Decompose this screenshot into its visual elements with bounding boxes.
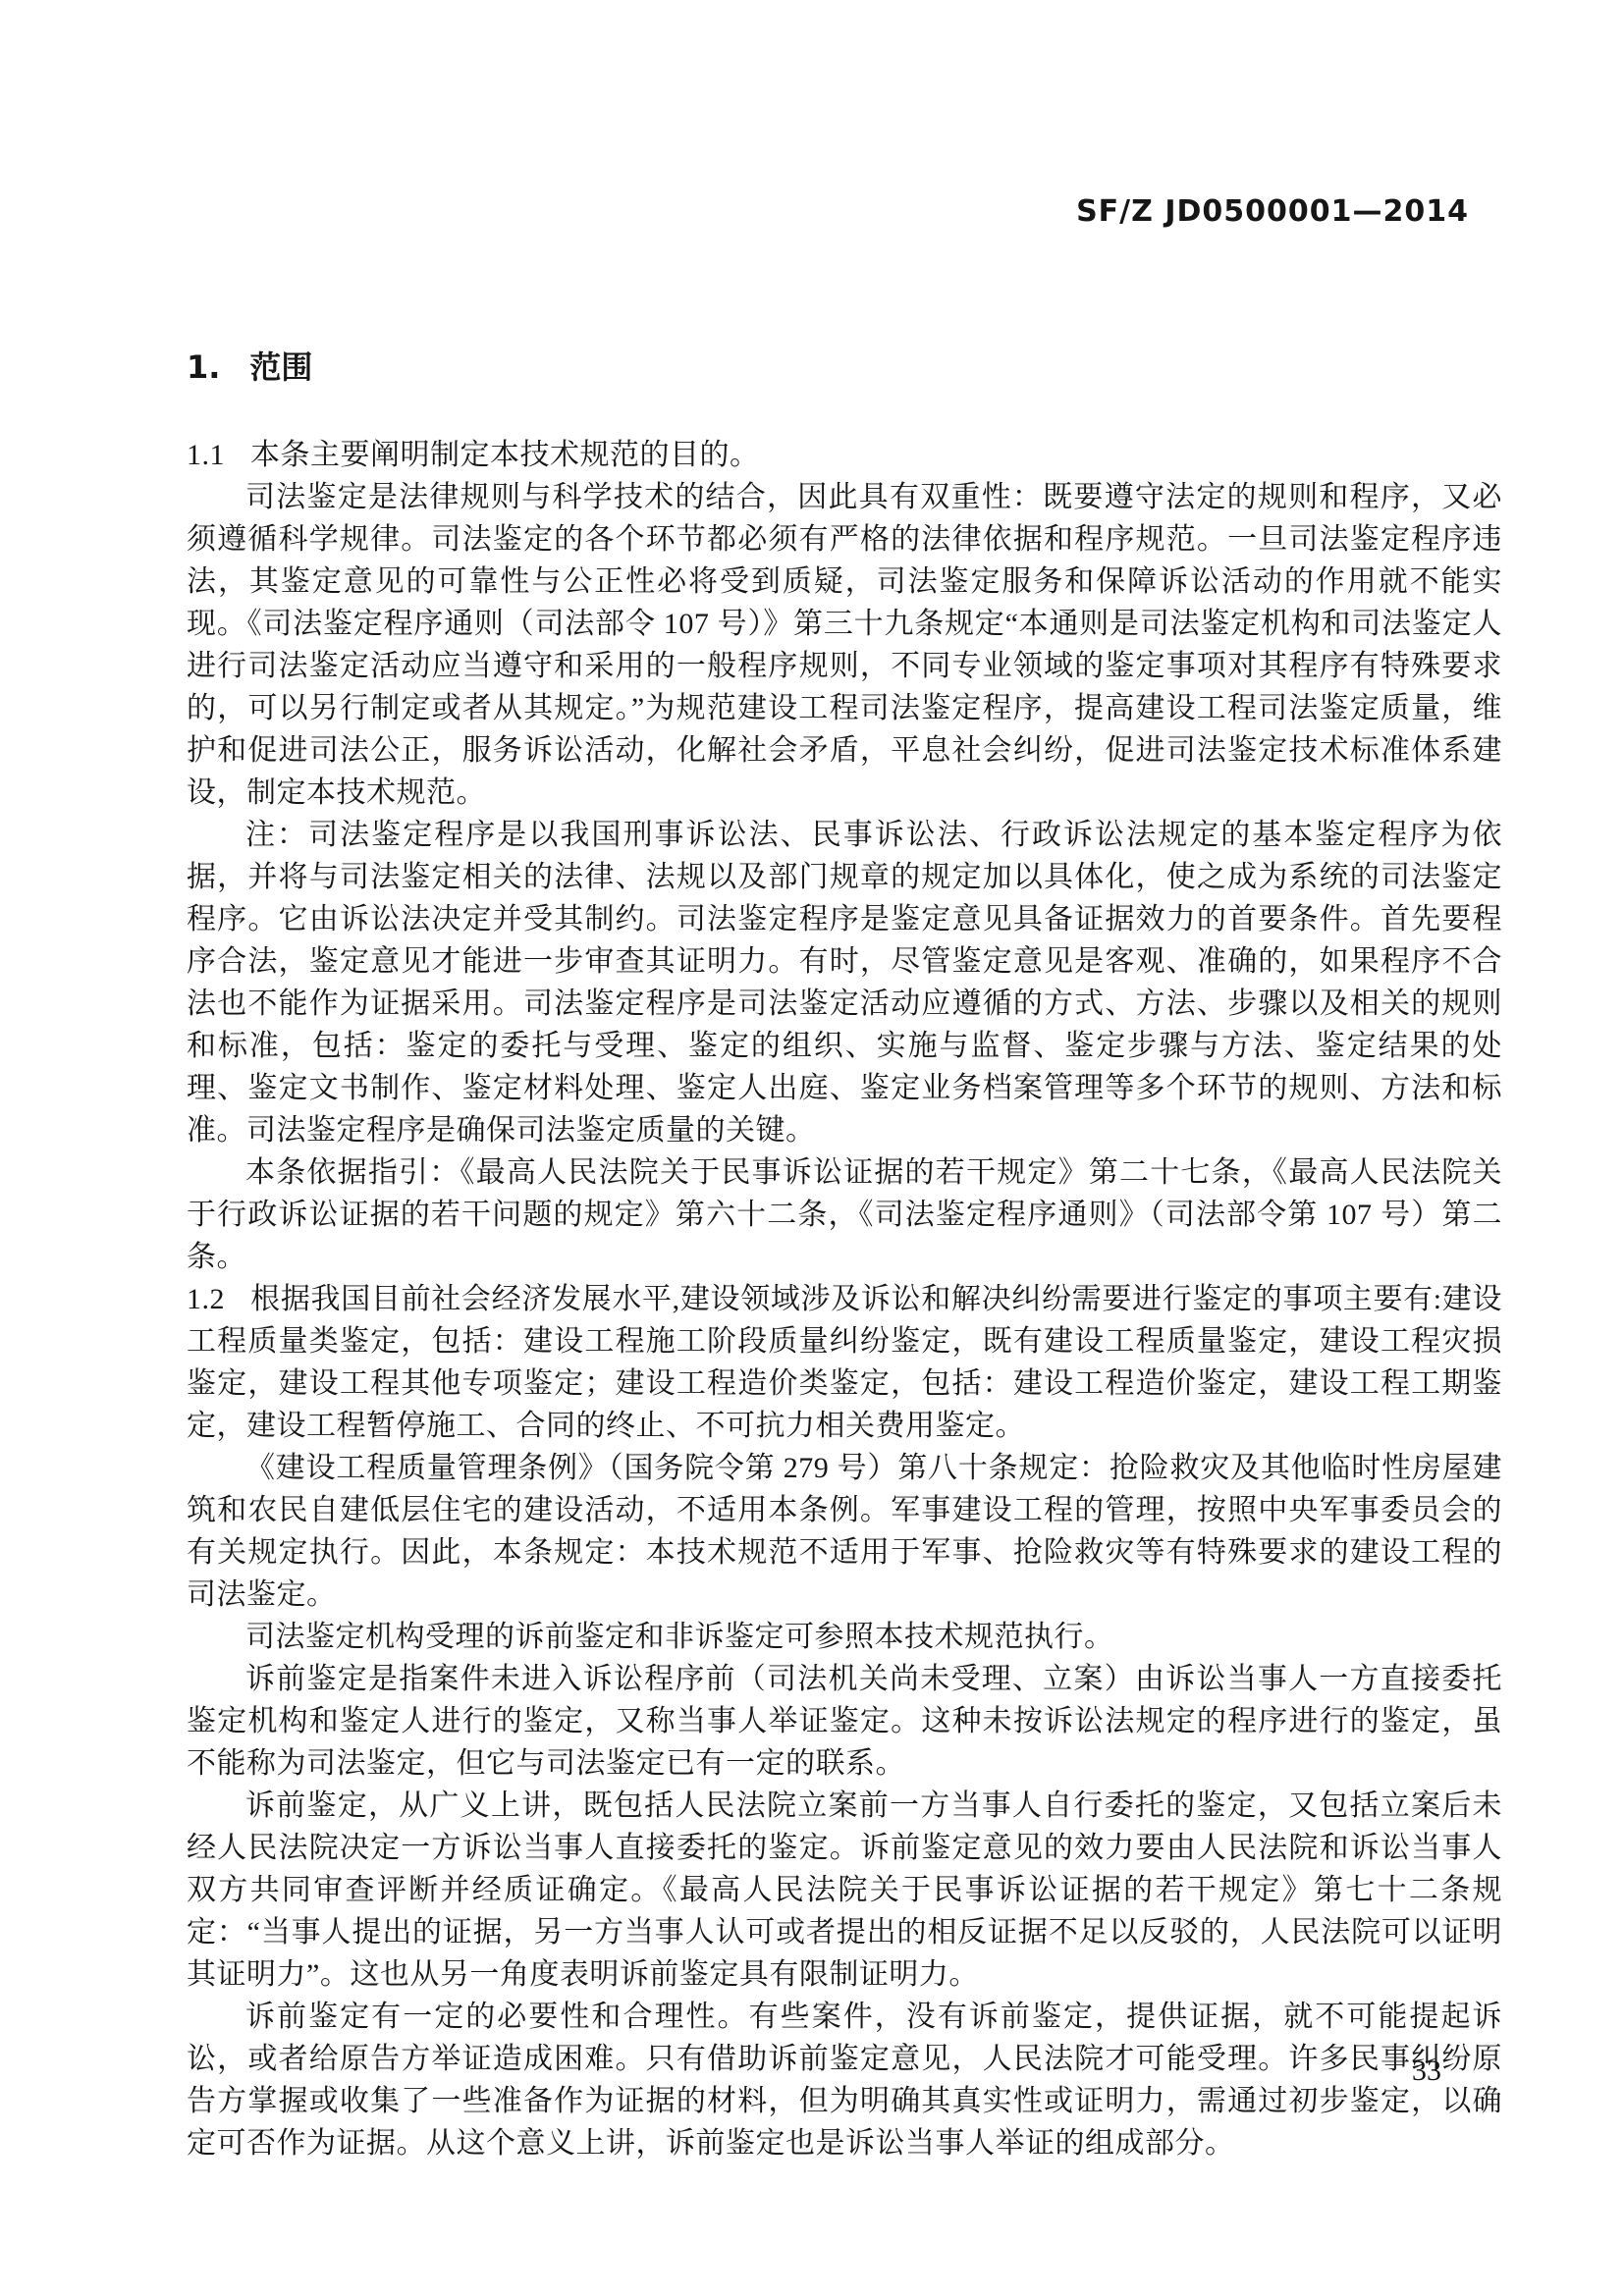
body-paragraph-pre-litigation-broad-sense: 诉前鉴定，从广义上讲，既包括人民法院立案前一方当事人自行委托的鉴定，又包括立案后… (187, 1785, 1502, 1996)
clause-1-1-text: 本条主要阐明制定本技术规范的目的。 (250, 439, 760, 471)
document-page: SF/Z JD0500001—2014 1.范围 1.1本条主要阐明制定本技术规… (0, 0, 1624, 2296)
clause-1-1: 1.1本条主要阐明制定本技术规范的目的。 (187, 434, 1502, 476)
section-title: 范围 (249, 348, 312, 386)
clause-1-2-number: 1.2 (187, 1283, 225, 1315)
body-paragraph-basis-reference: 本条依据指引：《最高人民法院关于民事诉讼证据的若干规定》第二十七条，《最高人民法… (187, 1151, 1502, 1278)
body-paragraph-note: 注：司法鉴定程序是以我国刑事诉讼法、民事诉讼法、行政诉讼法规定的基本鉴定程序为依… (187, 814, 1502, 1151)
body-paragraph-purpose: 司法鉴定是法律规则与科学技术的结合，因此具有双重性：既要遵守法定的规则和程序，又… (187, 476, 1502, 814)
clause-1-2: 1.2根据我国目前社会经济发展水平,建设领域涉及诉讼和解决纠纷需要进行鉴定的事项… (187, 1278, 1502, 1447)
standard-code-header: SF/Z JD0500001—2014 (1076, 194, 1469, 229)
body-paragraph-pre-litigation-definition: 诉前鉴定是指案件未进入诉讼程序前（司法机关尚未受理、立案）由诉讼当事人一方直接委… (187, 1658, 1502, 1785)
body-paragraph-regulation-279: 《建设工程质量管理条例》（国务院令第 279 号）第八十条规定：抢险救灾及其他临… (187, 1447, 1502, 1616)
section-number: 1. (187, 348, 220, 386)
document-body: 1.范围 1.1本条主要阐明制定本技术规范的目的。 司法鉴定是法律规则与科学技术… (187, 346, 1502, 2164)
page-number: 33 (1412, 2055, 1441, 2088)
clause-1-1-number: 1.1 (187, 439, 225, 471)
clause-1-2-text: 根据我国目前社会经济发展水平,建设领域涉及诉讼和解决纠纷需要进行鉴定的事项主要有… (187, 1283, 1502, 1442)
body-paragraph-pre-litigation-necessity: 诉前鉴定有一定的必要性和合理性。有些案件，没有诉前鉴定，提供证据，就不可能提起诉… (187, 1996, 1502, 2164)
section-heading: 1.范围 (187, 346, 1502, 389)
body-paragraph-pre-litigation-scope: 司法鉴定机构受理的诉前鉴定和非诉鉴定可参照本技术规范执行。 (187, 1616, 1502, 1658)
